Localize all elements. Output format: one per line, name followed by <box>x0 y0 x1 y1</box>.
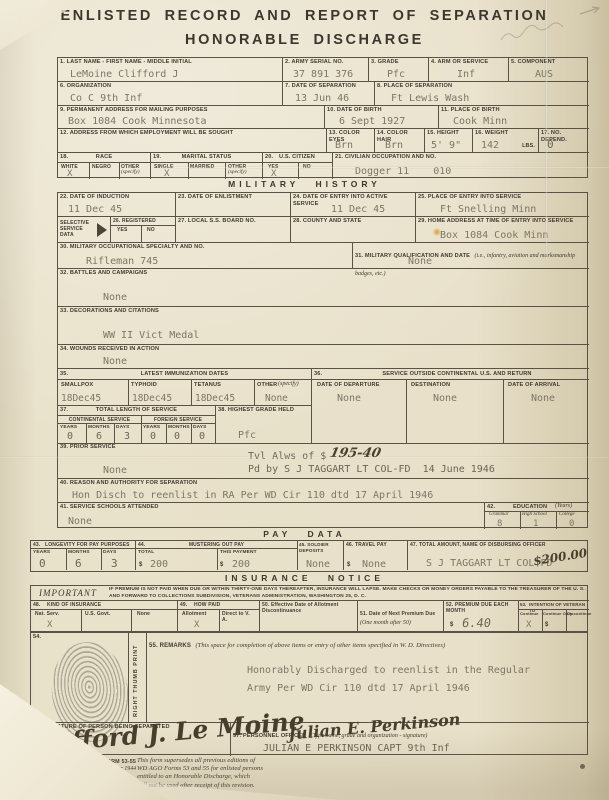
selective-service-arrow-icon <box>97 223 107 237</box>
longevity-days-value: 3 <box>111 557 118 570</box>
pay-data-header: PAY DATA <box>0 529 609 539</box>
mos-field: 30. MILITARY OCCUPATIONAL SPECIALTY AND … <box>58 243 353 269</box>
education-field: 42. EDUCATION (Years) Grammar High Schoo… <box>485 503 589 529</box>
usgovt-label: U.S. Govt. <box>85 611 110 617</box>
arm-service-value: Inf <box>457 69 475 80</box>
mustering-payment-label: THIS PAYMENT <box>220 550 257 556</box>
place-entry-label: 25. PLACE OF ENTRY INTO SERVICE <box>418 194 587 201</box>
allotment-mark: X <box>194 620 199 630</box>
race-title: RACE <box>58 154 150 161</box>
place-birth-value: Cook Minn <box>453 116 507 127</box>
battles-field: 32. BATTLES AND CAMPAIGNS None <box>58 269 589 307</box>
height-field: 15. HEIGHT 5' 9" <box>425 129 473 153</box>
date-entry-active-field: 24. DATE OF ENTRY INTO ACTIVE SERVICE 11… <box>291 193 416 217</box>
mustering-total-label: TOTAL <box>138 550 154 556</box>
qualification-value: None <box>408 256 432 267</box>
mailing-address-label: 9. PERMANENT ADDRESS FOR MAILING PURPOSE… <box>60 107 322 114</box>
service-schools-value: None <box>68 516 92 527</box>
reason-separation-value: Hon Disch to reenlist in RA Per WD Cir 1… <box>72 490 433 501</box>
county-state-label: 28. COUNTY AND STATE <box>293 218 413 225</box>
pencil-arrow-mark <box>578 4 604 18</box>
premium-due-field: 52. PREMIUM DUE EACH MONTH $ 6.40 <box>444 601 519 631</box>
wounds-value: None <box>103 356 127 367</box>
education-title-years: (Years) <box>555 503 572 511</box>
mustering-payment-value: 200 <box>232 559 250 570</box>
wounds-label: 34. WOUNDS RECEIVED IN ACTION <box>60 346 587 353</box>
weight-label: 16. WEIGHT <box>475 130 536 137</box>
mailing-address-field: 9. PERMANENT ADDRESS FOR MAILING PURPOSE… <box>58 106 325 129</box>
crease-vertical <box>545 0 548 260</box>
disbursing-officer-field: 47. TOTAL AMOUNT, NAME OF DISBURSING OFF… <box>408 541 589 570</box>
mustering-pay-field: 44. MUSTERING OUT PAY TOTAL THIS PAYMENT… <box>136 541 298 570</box>
college-label: College <box>559 512 575 518</box>
race-opt-other-specify: (specify) <box>121 169 140 176</box>
discharge-document: ENLISTED RECORD AND REPORT OF SEPARATION… <box>0 0 609 800</box>
soldier-deposits-field: 45. SOLDIER DEPOSITS None <box>298 541 344 570</box>
other-label: OTHER <box>257 382 277 389</box>
weight-field: 16. WEIGHT 142 LBS. <box>473 129 539 153</box>
identity-section: 1. LAST NAME - FIRST NAME - MIDDLE INITI… <box>57 57 588 178</box>
immunization-title: LATEST IMMUNIZATION DATES <box>58 371 311 378</box>
decorations-label: 33. DECORATIONS AND CITATIONS <box>60 308 587 315</box>
serial-no-label: 2. ARMY SERIAL NO. <box>285 59 366 66</box>
place-separation-value: Ft Lewis Wash <box>391 93 469 104</box>
highest-grade-value: Pfc <box>238 430 256 441</box>
date-enlistment-field: 23. DATE OF ENLISTMENT <box>176 193 291 217</box>
organization-value: Co C 9th Inf <box>70 93 142 104</box>
cont-days-value: 3 <box>124 431 130 442</box>
for-days-value: 0 <box>199 431 205 442</box>
place-birth-label: 11. PLACE OF BIRTH <box>441 107 587 114</box>
allotment-label: Allotment <box>182 611 206 617</box>
remarks-label-italic: (This space for completion of above item… <box>195 642 445 649</box>
important-text: IF PREMIUM IS NOT PAID WHEN DUE OR WITHI… <box>109 587 585 600</box>
battles-value: None <box>103 292 127 303</box>
destination-value: None <box>433 393 457 404</box>
typhoid-label: TYPHOID <box>131 382 157 389</box>
highschool-value: 1 <box>533 519 538 529</box>
place-entry-value: Ft Snelling Minn <box>440 204 536 215</box>
service-outside-title: SERVICE OUTSIDE CONTINENTAL U.S. AND RET… <box>325 371 589 378</box>
organization-label: 6. ORGANIZATION <box>60 83 280 90</box>
longevity-months-label: MONTHS <box>68 550 90 556</box>
date-induction-field: 22. DATE OF INDUCTION 11 Dec 45 <box>58 193 176 217</box>
last-name-label: 1. LAST NAME - FIRST NAME - MIDDLE INITI… <box>60 59 280 66</box>
arm-service-label: 4. ARM OR SERVICE <box>431 59 506 66</box>
local-board-field: 27. LOCAL S.S. BOARD NO. <box>176 217 291 243</box>
longevity-years-value: 0 <box>39 557 46 570</box>
longevity-field: 43. LONGEVITY FOR PAY PURPOSES YEARS MON… <box>31 541 136 570</box>
selective-service-block: SELECTIVE SERVICE DATA <box>58 217 111 243</box>
mailing-address-value: Box 1084 Cook Minnesota <box>68 116 206 127</box>
tetanus-value: 18Dec45 <box>195 393 235 404</box>
next-premium-field: 51. Date of Next Premium Due (One month … <box>358 601 444 631</box>
place-separation-field: 8. PLACE OF SEPARATION Ft Lewis Wash <box>375 82 589 106</box>
orange-stain <box>432 228 442 236</box>
date-separation-value: 13 Jun 46 <box>295 93 349 104</box>
travel-pay-label: 46. TRAVEL PAY <box>346 542 387 548</box>
remarks-field: 55. REMARKS (This space for completion o… <box>147 633 589 723</box>
education-num: 42. <box>487 504 495 511</box>
serial-no-field: 2. ARMY SERIAL NO. 37 891 376 <box>283 58 369 82</box>
date-induction-value: 11 Dec 45 <box>68 204 122 215</box>
natserv-label: Nat. Serv. <box>35 611 59 617</box>
color-eyes-field: 13. COLOR EYES Brn <box>327 129 375 153</box>
length-service-title: TOTAL LENGTH OF SERVICE <box>58 407 215 414</box>
employment-address-label: 12. ADDRESS FROM WHICH EMPLOYMENT WILL B… <box>60 130 324 137</box>
color-hair-field: 14. COLOR HAIR Brn <box>375 129 425 153</box>
arrival-value: None <box>531 393 555 404</box>
military-history-section: 22. DATE OF INDUCTION 11 Dec 45 23. DATE… <box>57 192 588 528</box>
arm-service-field: 4. ARM OR SERVICE Inf <box>429 58 509 82</box>
discontinue-label: Discontinue <box>567 611 592 616</box>
insurance-notice-header: INSURANCE NOTICE <box>0 573 609 583</box>
registered-no: NO <box>147 227 155 233</box>
disbursing-officer-label: 47. TOTAL AMOUNT, NAME OF DISBURSING OFF… <box>410 542 546 548</box>
remarks-line1: Honorably Discharged to reenlist in the … <box>247 665 530 676</box>
longevity-months-value: 6 <box>75 557 82 570</box>
soldier-deposits-label: 45. SOLDIER DEPOSITS <box>299 542 343 553</box>
wounds-field: 34. WOUNDS RECEIVED IN ACTION None <box>58 345 589 369</box>
travel-pay-value: None <box>362 559 386 570</box>
race-field: 18. RACE WHITE NEGRO OTHER (specify) X <box>58 153 151 179</box>
last-name-value: LeMoine Clifford J <box>70 69 178 80</box>
departure-value: None <box>337 393 361 404</box>
premium-dollar: $ <box>450 622 454 630</box>
remarks-line2: Army Per WD Cir 110 dtd 17 April 1946 <box>247 683 470 694</box>
last-name-field: 1. LAST NAME - FIRST NAME - MIDDLE INITI… <box>58 58 283 82</box>
home-address-entry-value: Box 1084 Cook Minn <box>440 230 548 241</box>
serial-no-value: 37 891 376 <box>293 69 353 80</box>
grade-label: 3. GRADE <box>371 59 426 66</box>
tetanus-label: TETANUS <box>194 382 221 389</box>
cont-years-value: 0 <box>67 431 73 442</box>
height-value: 5' 9" <box>431 140 461 151</box>
marital-opt-other-specify: (specify) <box>228 169 247 176</box>
place-birth-field: 11. PLACE OF BIRTH Cook Minn <box>439 106 589 129</box>
direct-va-label: Direct to V. A. <box>222 611 256 624</box>
occupation-label: 21. CIVILIAN OCCUPATION AND NO. <box>335 154 587 161</box>
decorations-field: 33. DECORATIONS AND CITATIONS WW II Vict… <box>58 307 589 345</box>
other-label-specify: (specify) <box>278 381 299 389</box>
college-value: 0 <box>569 519 574 529</box>
crease-horizontal-1 <box>160 166 609 169</box>
grammar-value: 8 <box>497 519 502 529</box>
longevity-years-label: YEARS <box>33 550 50 556</box>
important-word: IMPORTANT <box>39 588 97 599</box>
registered-label: 26. REGISTERED <box>113 218 156 224</box>
crease-horizontal-2 <box>0 456 609 459</box>
service-outside-block: 36. SERVICE OUTSIDE CONTINENTAL U.S. AND… <box>311 369 589 443</box>
grade-value: Pfc <box>387 69 405 80</box>
race-white-mark: X <box>67 169 72 179</box>
kind-insurance-field: 48. KIND OF INSURANCE Nat. Serv. U.S. Go… <box>31 601 178 631</box>
citizen-yes-mark: X <box>271 169 276 179</box>
effective-date-field: 50. Effective Date of Allotment Disconti… <box>260 601 358 631</box>
marital-single-mark: X <box>164 169 169 179</box>
service-schools-label: 41. SERVICE SCHOOLS ATTENDED <box>60 504 482 511</box>
prior-service-label: 39. PRIOR SERVICE <box>60 444 587 451</box>
date-birth-value: 6 Sept 1927 <box>339 116 405 127</box>
natserv-mark: X <box>47 620 52 630</box>
mustering-total-dollar: $ <box>139 562 143 570</box>
marital-title: MARITAL STATUS <box>151 154 262 161</box>
departure-label: DATE OF DEPARTURE <box>317 382 380 389</box>
cont-months-value: 6 <box>96 431 102 442</box>
thumbprint-num: 54. <box>33 634 126 641</box>
intention-num: 53. <box>520 602 527 608</box>
date-entry-active-value: 11 Dec 45 <box>331 204 385 215</box>
typhoid-value: 18Dec45 <box>132 393 172 404</box>
service-outside-num: 36. <box>314 371 322 378</box>
registered-yes: YES <box>117 227 127 233</box>
disbursing-amount-hand: $200.00 <box>532 546 588 568</box>
battles-label: 32. BATTLES AND CAMPAIGNS <box>60 270 587 277</box>
place-entry-field: 25. PLACE OF ENTRY INTO SERVICE Ft Snell… <box>416 193 589 217</box>
smallpox-label: SMALLPOX <box>61 382 93 389</box>
for-months-value: 0 <box>174 431 180 442</box>
color-hair-value: Brn <box>385 140 403 151</box>
pencil-scribble <box>495 18 575 48</box>
mos-label: 30. MILITARY OCCUPATIONAL SPECIALTY AND … <box>60 244 350 251</box>
continue-only-dollar: $ <box>545 622 549 630</box>
date-separation-field: 7. DATE OF SEPARATION 13 Jun 46 <box>283 82 375 106</box>
citizen-num: 20. <box>265 154 273 161</box>
decorations-value: WW II Vict Medal <box>103 330 199 341</box>
next-premium-label: 51. Date of Next Premium Due <box>360 611 435 617</box>
home-address-entry-label: 29. HOME ADDRESS AT TIME OF ENTRY INTO S… <box>418 218 587 225</box>
date-enlistment-label: 23. DATE OF ENLISTMENT <box>178 194 288 201</box>
weight-value: 142 <box>481 140 499 151</box>
date-separation-label: 7. DATE OF SEPARATION <box>285 83 372 90</box>
organization-field: 6. ORGANIZATION Co C 9th Inf <box>58 82 283 106</box>
local-board-label: 27. LOCAL S.S. BOARD NO. <box>178 218 288 225</box>
remarks-label: 55. REMARKS <box>149 643 191 649</box>
premium-due-label: 52. PREMIUM DUE EACH MONTH <box>446 602 518 615</box>
weight-lbs-label: LBS. <box>522 143 535 150</box>
next-premium-label-italic: (One month after 50) <box>360 620 441 628</box>
effective-date-label: 50. Effective Date of Allotment Disconti… <box>262 602 355 615</box>
mos-value: Rifleman 745 <box>86 256 158 267</box>
paid-by-typed: Pd by S J TAGGART LT COL-FD 14 June 1946 <box>248 464 495 475</box>
destination-label: DESTINATION <box>411 382 450 389</box>
premium-value: 6.40 <box>461 616 492 630</box>
immunization-service-block: 35. LATEST IMMUNIZATION DATES SMALLPOX T… <box>58 369 311 443</box>
for-years-value: 0 <box>150 431 156 442</box>
grade-field: 3. GRADE Pfc <box>369 58 429 82</box>
citizen-title: U.S. CITIZEN <box>279 154 315 161</box>
highschool-label: High School <box>522 512 547 518</box>
color-eyes-value: Brn <box>335 140 353 151</box>
county-state-field: 28. COUNTY AND STATE <box>291 217 416 243</box>
how-paid-title: HOW PAID <box>194 602 220 608</box>
none-insurance-label: None <box>137 611 150 617</box>
grammar-label: Grammar <box>489 512 509 518</box>
highest-grade-label: 38. HIGHEST GRADE HELD <box>218 407 294 414</box>
pay-data-section: 43. LONGEVITY FOR PAY PURPOSES YEARS MON… <box>30 540 588 572</box>
component-label: 5. COMPONENT <box>511 59 587 66</box>
date-birth-field: 10. DATE OF BIRTH 6 Sept 1927 <box>325 106 439 129</box>
height-label: 15. HEIGHT <box>427 130 470 137</box>
registered-field: 26. REGISTERED YES NO <box>111 217 176 243</box>
thumbprint-strip-label: RIGHT THUMB PRINT <box>133 645 140 717</box>
continue-mark: X <box>526 620 531 630</box>
smallpox-value: 18Dec45 <box>61 393 101 404</box>
insurance-section: IMPORTANT IF PREMIUM IS NOT PAID WHEN DU… <box>30 585 588 632</box>
mustering-total-value: 200 <box>150 559 168 570</box>
date-birth-label: 10. DATE OF BIRTH <box>327 107 436 114</box>
kind-insurance-title: KIND OF INSURANCE <box>47 602 101 608</box>
qualification-field: 31. MILITARY QUALIFICATION AND DATE (i.e… <box>353 243 589 269</box>
how-paid-num: 49. <box>180 602 187 608</box>
kind-insurance-num: 48. <box>33 602 40 608</box>
thumbprint-strip: RIGHT THUMB PRINT <box>129 633 147 723</box>
continue-label: Continue <box>520 611 539 616</box>
place-separation-label: 8. PLACE OF SEPARATION <box>377 83 587 90</box>
education-title: EDUCATION <box>513 504 547 511</box>
insurance-important-row: IMPORTANT IF PREMIUM IS NOT PAID WHEN DU… <box>31 586 589 601</box>
longevity-days-label: DAYS <box>103 550 117 556</box>
prior-service-field: 39. PRIOR SERVICE None Tvl Alws of $ 195… <box>58 443 589 479</box>
reason-separation-label: 40. REASON AND AUTHORITY FOR SEPARATION <box>60 480 587 487</box>
how-paid-field: 49. HOW PAID Allotment Direct to V. A. X <box>178 601 260 631</box>
prior-service-value: None <box>103 465 127 476</box>
travel-pay-dollar: $ <box>347 562 351 570</box>
home-address-entry-field: 29. HOME ADDRESS AT TIME OF ENTRY INTO S… <box>416 217 589 243</box>
mustering-payment-dollar: $ <box>220 562 224 570</box>
arrival-label: DATE OF ARRIVAL <box>508 382 560 389</box>
date-induction-label: 22. DATE OF INDUCTION <box>60 194 173 201</box>
intention-field: 53. INTENTION OF VETERAN TO Continue Con… <box>519 601 589 631</box>
race-opt-negro: NEGRO <box>92 164 111 170</box>
reason-separation-field: 40. REASON AND AUTHORITY FOR SEPARATION … <box>58 479 589 503</box>
selective-l3: DATA <box>60 232 74 238</box>
military-history-header: MILITARY HISTORY <box>0 179 609 189</box>
employment-address-field: 12. ADDRESS FROM WHICH EMPLOYMENT WILL B… <box>58 129 327 153</box>
component-field: 5. COMPONENT AUS <box>509 58 589 82</box>
other-value: None <box>265 393 288 404</box>
travel-pay-field: 46. TRAVEL PAY $ None <box>344 541 408 570</box>
service-schools-field: 41. SERVICE SCHOOLS ATTENDED None <box>58 503 485 529</box>
soldier-deposits-value: None <box>306 559 330 570</box>
